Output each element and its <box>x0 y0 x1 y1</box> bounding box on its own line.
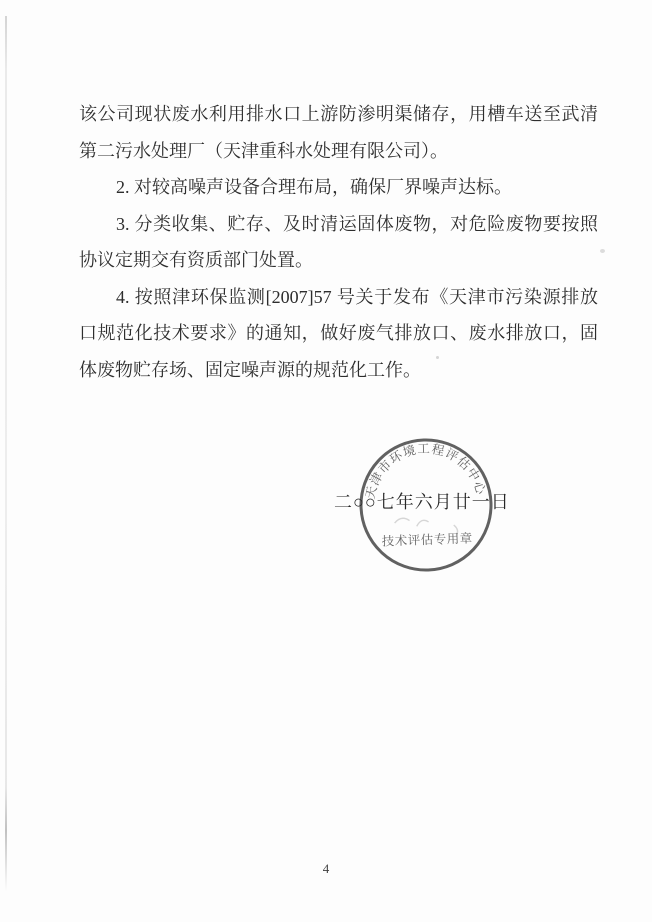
paragraph-line: 体废物贮存场、固定噪声源的规范化工作。 <box>79 352 598 389</box>
scanned-document-page: 该公司现状废水利用排水口上游防渗明渠储存，用槽车送至武清 第二污水处理厂（天津重… <box>0 0 652 922</box>
scan-edge-artifact <box>5 16 7 892</box>
paragraph-line: 该公司现状废水利用排水口上游防渗明渠储存，用槽车送至武清 <box>79 96 598 133</box>
paragraph-line: 协议定期交有资质部门处置。 <box>79 242 598 279</box>
document-body-text: 该公司现状废水利用排水口上游防渗明渠储存，用槽车送至武清 第二污水处理厂（天津重… <box>79 96 598 388</box>
paragraph-line: 口规范化技术要求》的通知，做好废气排放口、废水排放口，固 <box>79 315 598 352</box>
scan-speck <box>436 356 439 359</box>
stamp-bottom-text: 技术评估专用章 <box>381 530 472 548</box>
paragraph-line: 第二污水处理厂（天津重科水处理有限公司）。 <box>79 133 598 170</box>
list-item-2: 2. 对较高噪声设备合理布局，确保厂界噪声达标。 <box>79 169 598 206</box>
list-item-3: 3. 分类收集、贮存、及时清运固体废物，对危险废物要按照 <box>79 206 598 243</box>
approval-date-text: 二○○七年六月廿一日 <box>334 488 510 514</box>
scan-speck <box>600 249 605 253</box>
list-item-4: 4. 按照津环保监测[2007]57 号关于发布《天津市污染源排放 <box>79 279 598 316</box>
page-number: 4 <box>0 861 652 877</box>
